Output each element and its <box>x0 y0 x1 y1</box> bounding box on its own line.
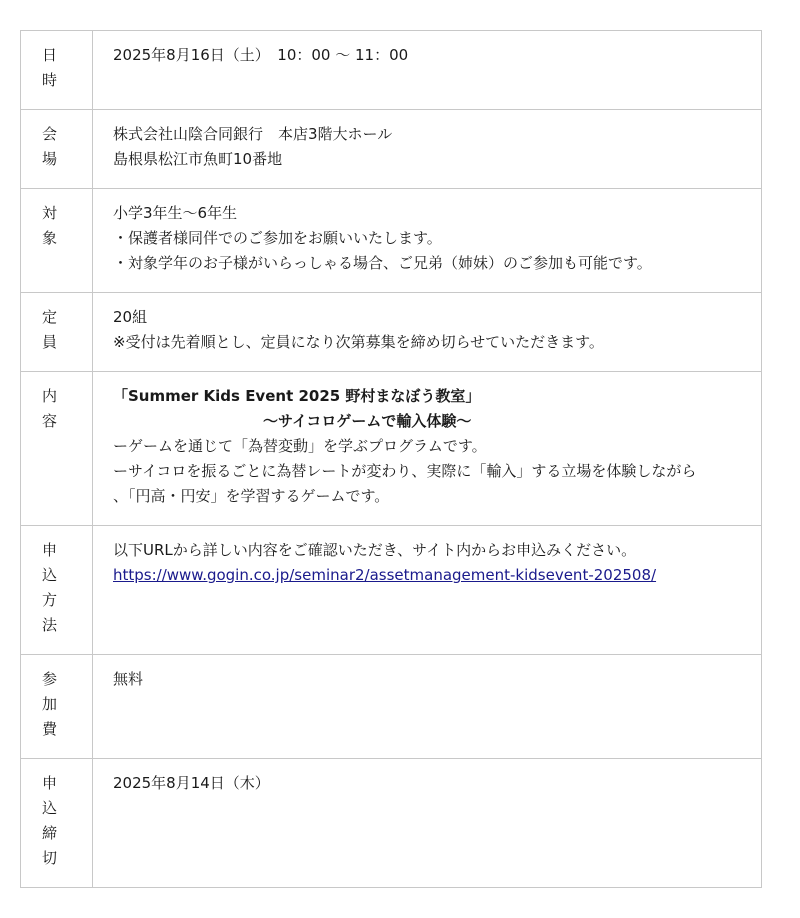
label-apply-method: 申 込 方 法 <box>21 526 93 655</box>
content-desc-1: ーゲームを通じて「為替変動」を学ぶプログラムです。 <box>113 434 741 459</box>
content-desc-2: ーサイコロを振るごとに為替レートが変わり、実際に「輸入」する立場を体験しながら <box>113 459 741 484</box>
apply-url-link[interactable]: https://www.gogin.co.jp/seminar2/assetma… <box>113 563 741 588</box>
value-target: 小学3年生〜6年生 ・保護者様同伴でのご参加をお願いいたします。 ・対象学年のお… <box>93 189 762 293</box>
label-fee: 参 加 費 <box>21 655 93 759</box>
label-deadline: 申 込 締 切 <box>21 759 93 888</box>
target-note-1: ・保護者様同伴でのご参加をお願いいたします。 <box>113 226 741 251</box>
value-datetime: 2025年8月16日（土） 10：00 〜 11：00 <box>93 31 762 110</box>
label-char: 日 <box>42 43 58 68</box>
label-char: 象 <box>42 226 58 251</box>
venue-address: 島根県松江市魚町10番地 <box>113 147 741 172</box>
label-char: 時 <box>42 68 58 93</box>
row-capacity: 定 員 20組 ※受付は先着順とし、定員になり次第募集を締め切らせていただきます… <box>21 293 762 372</box>
content-subtitle: 〜サイコロゲームで輸入体験〜 <box>113 409 741 434</box>
value-content: 「Summer Kids Event 2025 野村まなぼう教室」 〜サイコロゲ… <box>93 372 762 526</box>
label-venue: 会 場 <box>21 110 93 189</box>
value-fee: 無料 <box>93 655 762 759</box>
value-capacity: 20組 ※受付は先着順とし、定員になり次第募集を締め切らせていただきます。 <box>93 293 762 372</box>
label-char: 締 <box>42 821 58 846</box>
label-char: 員 <box>42 330 58 355</box>
label-char: 切 <box>42 846 58 871</box>
venue-name: 株式会社山陰合同銀行 本店3階大ホール <box>113 122 741 147</box>
label-char: 会 <box>42 122 58 147</box>
label-target: 対 象 <box>21 189 93 293</box>
label-char: 法 <box>42 613 58 638</box>
value-deadline: 2025年8月14日（木） <box>93 759 762 888</box>
target-grade: 小学3年生〜6年生 <box>113 201 741 226</box>
label-char: 込 <box>42 563 58 588</box>
label-char: 申 <box>42 771 58 796</box>
row-apply-method: 申 込 方 法 以下URLから詳しい内容をご確認いただき、サイト内からお申込みく… <box>21 526 762 655</box>
label-char: 加 <box>42 692 58 717</box>
label-capacity: 定 員 <box>21 293 93 372</box>
deadline-text: 2025年8月14日（木） <box>113 771 741 796</box>
label-char: 定 <box>42 305 58 330</box>
label-char: 内 <box>42 384 58 409</box>
event-info-table: 日 時 2025年8月16日（土） 10：00 〜 11：00 会 場 株式会社… <box>20 30 762 888</box>
content-title: 「Summer Kids Event 2025 野村まなぼう教室」 <box>113 384 741 409</box>
label-datetime: 日 時 <box>21 31 93 110</box>
label-char: 込 <box>42 796 58 821</box>
row-fee: 参 加 費 無料 <box>21 655 762 759</box>
datetime-text: 2025年8月16日（土） 10：00 〜 11：00 <box>113 43 741 68</box>
label-char: 容 <box>42 409 58 434</box>
label-char: 参 <box>42 667 58 692</box>
content-desc-3: 、「円高・円安」を学習するゲームです。 <box>113 484 741 509</box>
row-target: 対 象 小学3年生〜6年生 ・保護者様同伴でのご参加をお願いいたします。 ・対象… <box>21 189 762 293</box>
label-char: 費 <box>42 717 58 742</box>
value-venue: 株式会社山陰合同銀行 本店3階大ホール 島根県松江市魚町10番地 <box>93 110 762 189</box>
label-char: 申 <box>42 538 58 563</box>
target-note-2: ・対象学年のお子様がいらっしゃる場合、ご兄弟（姉妹）のご参加も可能です。 <box>113 251 741 276</box>
row-content: 内 容 「Summer Kids Event 2025 野村まなぼう教室」 〜サ… <box>21 372 762 526</box>
label-char: 場 <box>42 147 58 172</box>
row-venue: 会 場 株式会社山陰合同銀行 本店3階大ホール 島根県松江市魚町10番地 <box>21 110 762 189</box>
label-char: 対 <box>42 201 58 226</box>
row-datetime: 日 時 2025年8月16日（土） 10：00 〜 11：00 <box>21 31 762 110</box>
label-content: 内 容 <box>21 372 93 526</box>
capacity-note: ※受付は先着順とし、定員になり次第募集を締め切らせていただきます。 <box>113 330 741 355</box>
value-apply-method: 以下URLから詳しい内容をご確認いただき、サイト内からお申込みください。 htt… <box>93 526 762 655</box>
row-deadline: 申 込 締 切 2025年8月14日（木） <box>21 759 762 888</box>
capacity-count: 20組 <box>113 305 741 330</box>
apply-instructions: 以下URLから詳しい内容をご確認いただき、サイト内からお申込みください。 <box>113 538 741 563</box>
label-char: 方 <box>42 588 58 613</box>
fee-text: 無料 <box>113 667 741 692</box>
